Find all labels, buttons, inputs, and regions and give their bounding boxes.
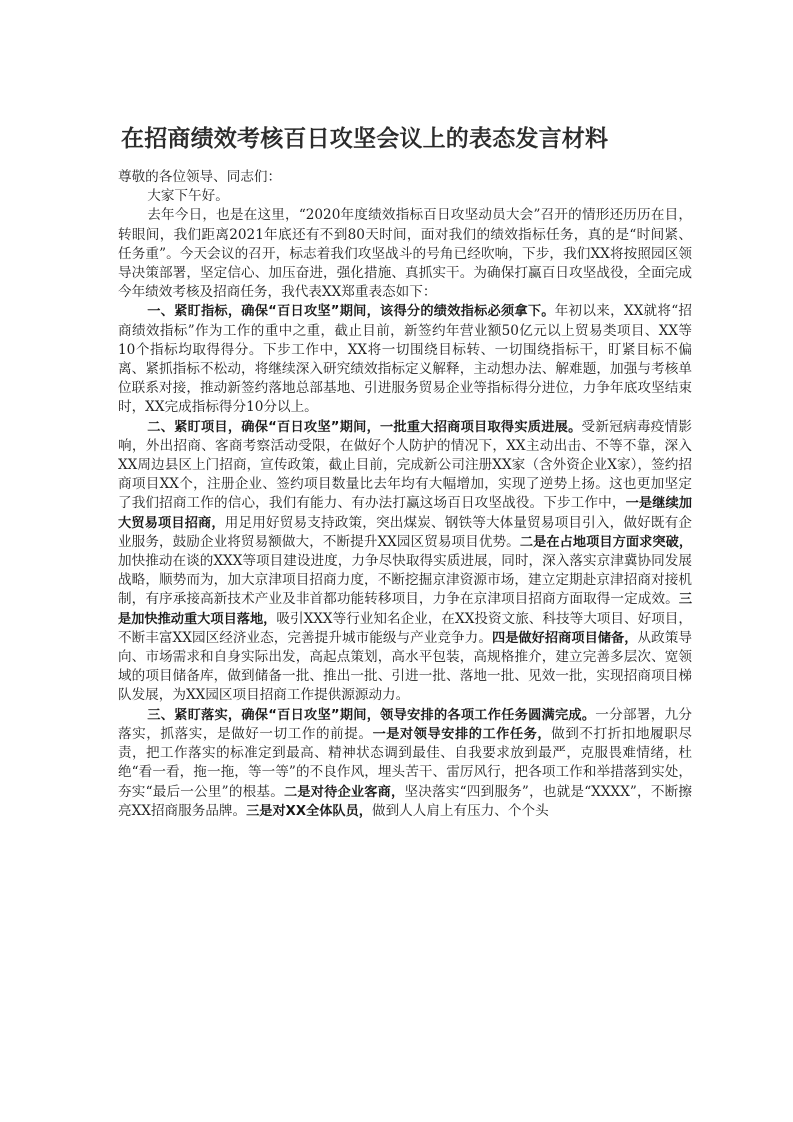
section-2-point-4: 四是做好招商项目储备， — [492, 631, 638, 646]
section-2-heading: 二、紧盯项目，确保“百日攻坚”期间，一批重大招商项目取得实质进展。 — [147, 420, 581, 435]
document-page: 在招商绩效考核百日攻坚会议上的表态发言材料 尊敬的各位领导、同志们： 大家下午好… — [118, 122, 692, 821]
intro-paragraph: 去年今日，也是在这里，“2020年度绩效指标百日攻坚动员大会”召开的情形还历历在… — [118, 206, 692, 302]
section-2: 二、紧盯项目，确保“百日攻坚”期间，一批重大招商项目取得实质进展。受新冠病毒疫情… — [118, 418, 692, 706]
section-3-point-3: 三是对XX全体队员， — [246, 804, 372, 819]
salutation: 尊敬的各位领导、同志们： — [118, 168, 692, 187]
section-2-text: 加快推动在谈的XXX等项目建设进度，力争尽快取得实质进展，同时，深入落实京津冀协… — [118, 553, 692, 607]
section-3: 三、紧盯落实，确保“百日攻坚”期间，领导安排的各项工作任务圆满完成。一分部署，九… — [118, 706, 692, 821]
section-3-heading: 三、紧盯落实，确保“百日攻坚”期间，领导安排的各项工作任务圆满完成。 — [147, 708, 595, 723]
section-2-point-2: 二是在占地项目方面求突破， — [520, 535, 692, 550]
section-3-text: 做到人人肩上有压力、个个头 — [372, 803, 549, 819]
section-3-point-2: 二是对待企业客商， — [284, 785, 404, 800]
document-title: 在招商绩效考核百日攻坚会议上的表态发言材料 — [121, 122, 692, 156]
greeting: 大家下午好。 — [118, 187, 692, 206]
section-1: 一、紧盯指标，确保“百日攻坚”期间，该得分的绩效指标必须拿下。年初以来，XX就将… — [118, 302, 692, 417]
section-1-heading: 一、紧盯指标，确保“百日攻坚”期间，该得分的绩效指标必须拿下。 — [147, 304, 554, 319]
section-1-text: 年初以来，XX就将“招商绩效指标”作为工作的重中之重，截止目前，新签约年营业额5… — [118, 303, 692, 415]
section-3-point-1: 一是对领导安排的工作任务， — [373, 727, 552, 742]
